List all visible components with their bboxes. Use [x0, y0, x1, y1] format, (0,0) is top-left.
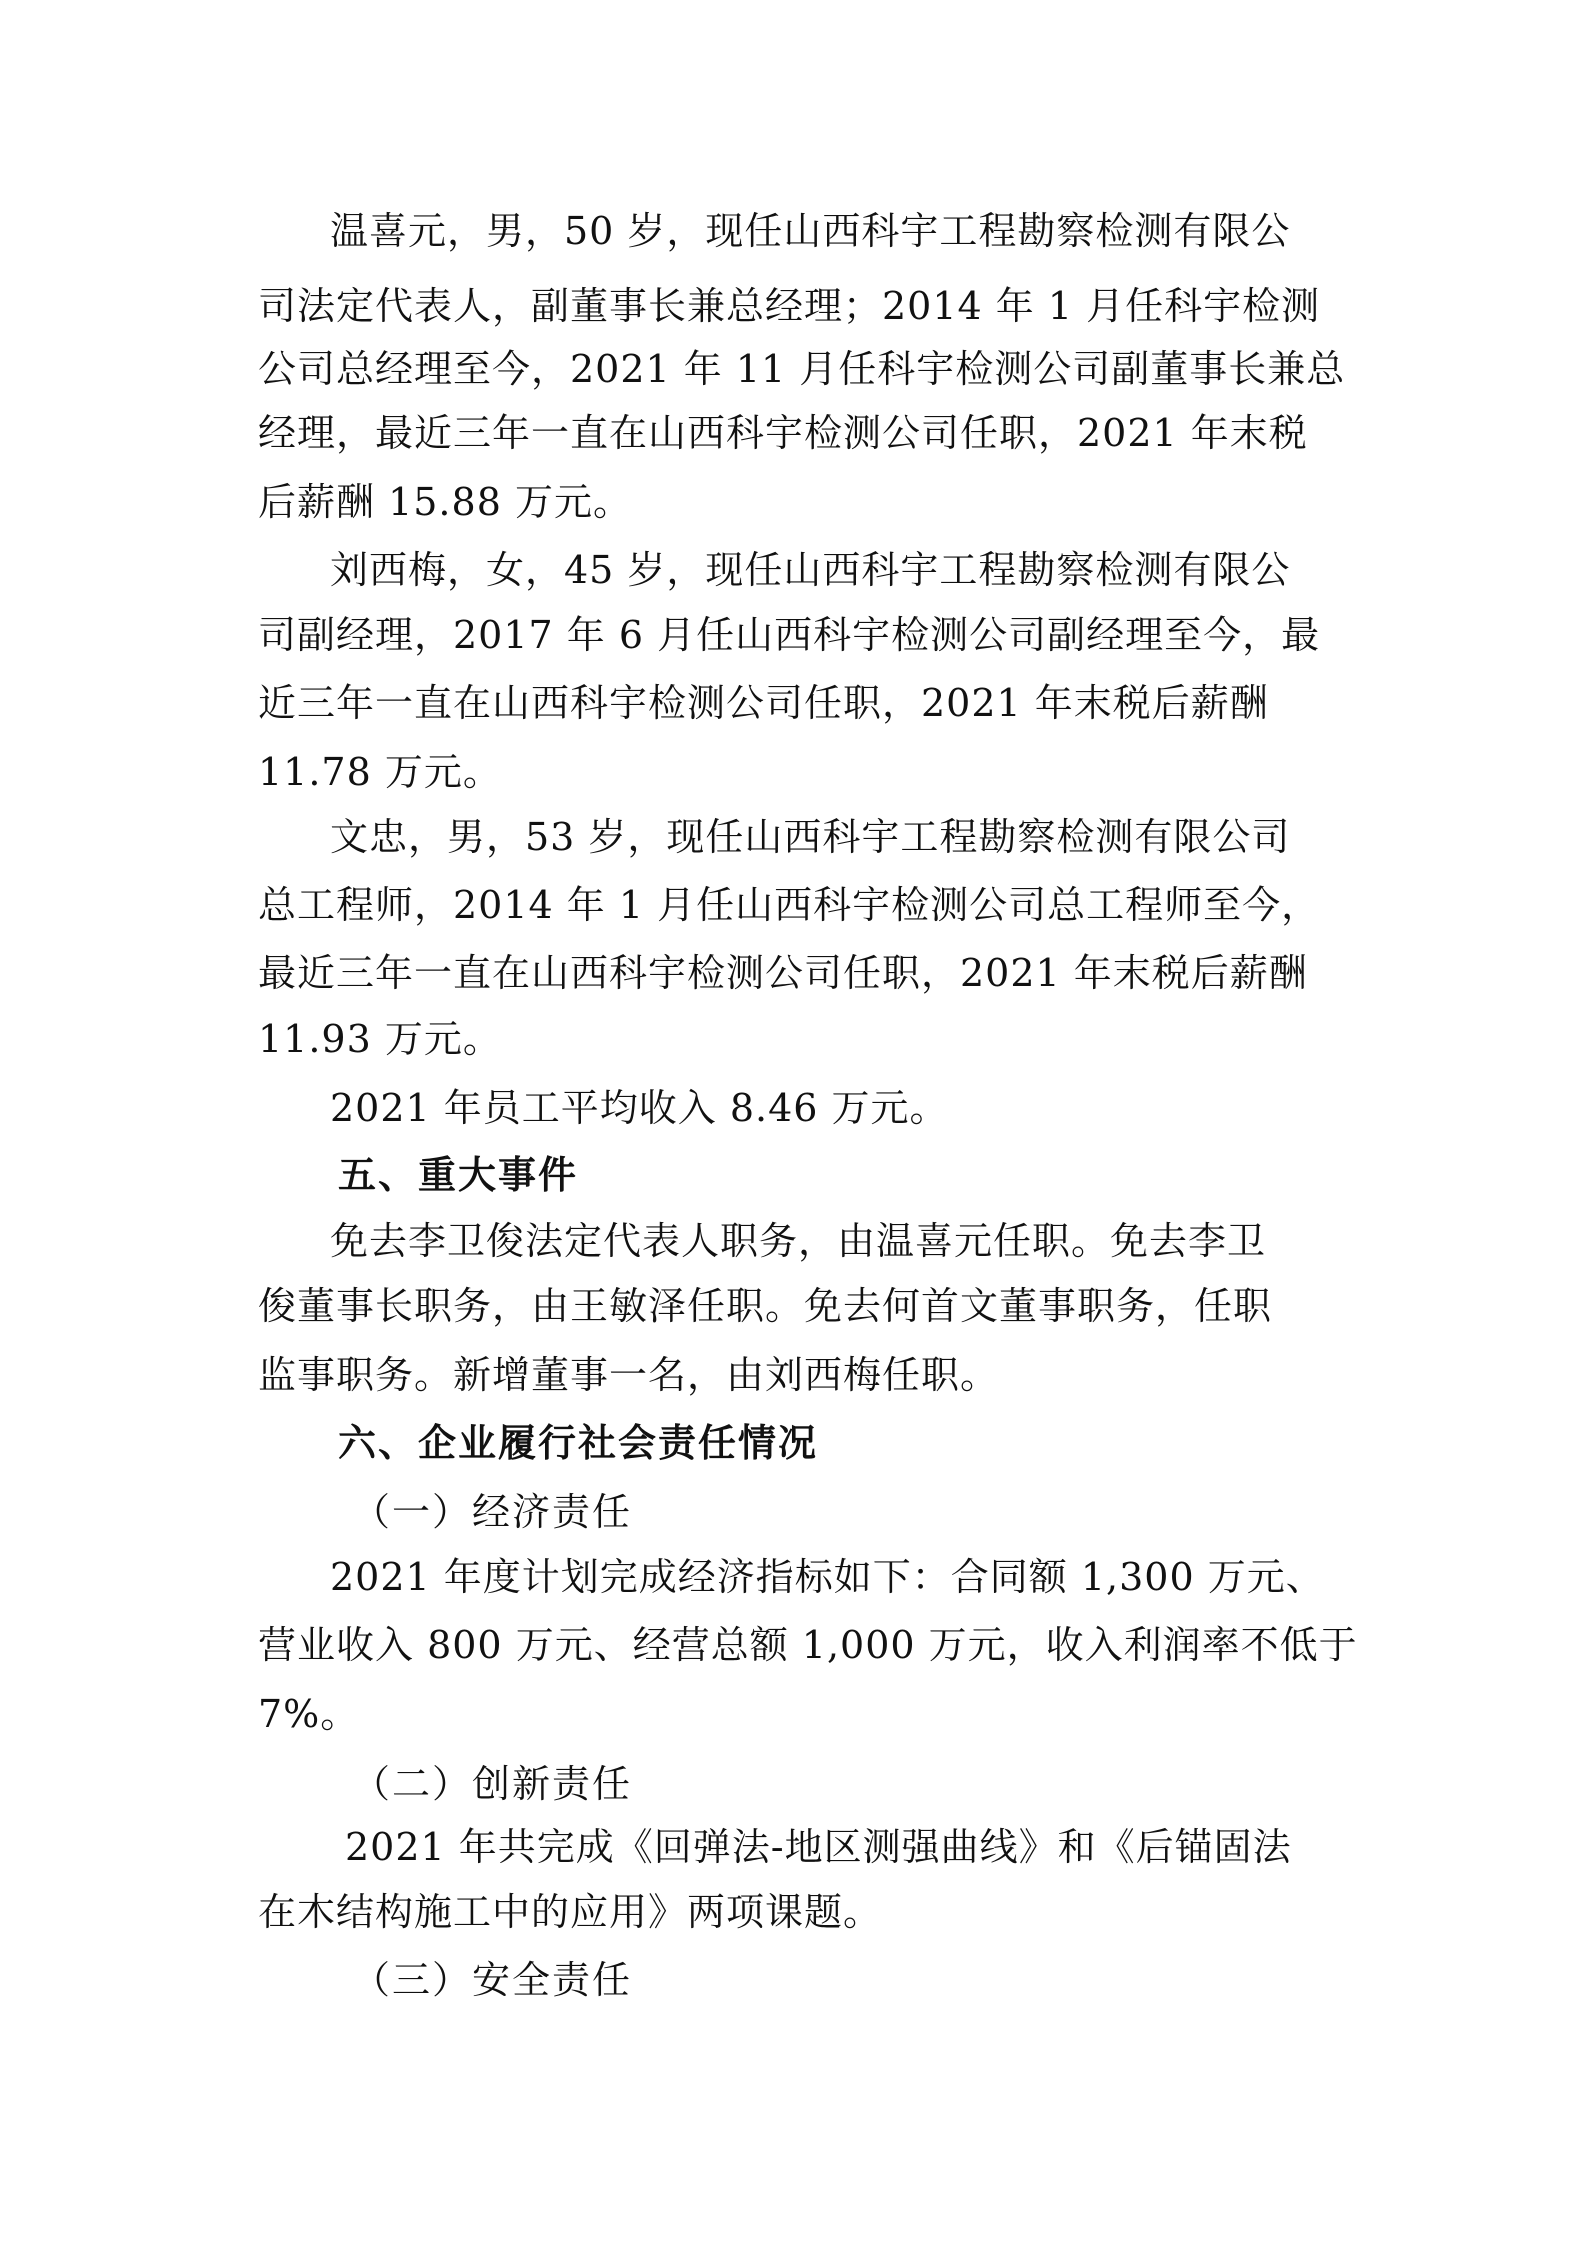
body-text-line: 近三年一直在山西科宇检测公司任职，2021 年末税后薪酬: [258, 673, 1252, 733]
body-text-line: 7%。: [258, 1684, 1252, 1744]
body-text-line: 免去李卫俊法定代表人职务，由温喜元任职。免去李卫: [330, 1211, 1252, 1271]
body-text-line: 2021 年共完成《回弹法-地区测强曲线》和《后锚固法: [345, 1817, 1252, 1877]
body-text-line: 总工程师，2014 年 1 月任山西科宇检测公司总工程师至今，: [258, 875, 1252, 935]
subsection-heading-safety: （三）安全责任: [352, 1950, 632, 2010]
body-text-line: 2021 年度计划完成经济指标如下：合同额 1,300 万元、: [330, 1547, 1252, 1607]
body-text-line: 司法定代表人，副董事长兼总经理；2014 年 1 月任科宇检测: [258, 276, 1252, 336]
body-text-line: 在木结构施工中的应用》两项课题。: [258, 1882, 1252, 1942]
body-text-line: 经理，最近三年一直在山西科宇检测公司任职，2021 年末税: [258, 403, 1252, 463]
body-text-line: 公司总经理至今，2021 年 11 月任科宇检测公司副董事长兼总: [258, 339, 1252, 399]
subsection-heading-economic: （一）经济责任: [352, 1482, 632, 1542]
body-text-line: 司副经理，2017 年 6 月任山西科宇检测公司副经理至今，最: [258, 605, 1252, 665]
body-text-line: 文忠，男，53 岁，现任山西科宇工程勘察检测有限公司: [330, 807, 1252, 867]
body-text-line: 后薪酬 15.88 万元。: [258, 472, 1252, 532]
body-text-line: 11.78 万元。: [258, 742, 1252, 802]
body-text-line: 刘西梅，女，45 岁，现任山西科宇工程勘察检测有限公: [330, 540, 1252, 600]
body-text-line: 最近三年一直在山西科宇检测公司任职，2021 年末税后薪酬: [258, 943, 1252, 1003]
document-page: 温喜元，男，50 岁，现任山西科宇工程勘察检测有限公 司法定代表人，副董事长兼总…: [0, 0, 1587, 2245]
section-heading-major-events: 五、重大事件: [338, 1145, 578, 1205]
body-text-line: 营业收入 800 万元、经营总额 1,000 万元，收入利润率不低于: [258, 1615, 1252, 1675]
subsection-heading-innovation: （二）创新责任: [352, 1754, 632, 1814]
body-text-line: 温喜元，男，50 岁，现任山西科宇工程勘察检测有限公: [330, 201, 1252, 261]
body-text-line: 俊董事长职务，由王敏泽任职。免去何首文董事职务，任职: [258, 1276, 1252, 1336]
body-text-line: 监事职务。新增董事一名，由刘西梅任职。: [258, 1345, 1252, 1405]
body-text-line: 11.93 万元。: [258, 1009, 1252, 1069]
section-heading-social-responsibility: 六、企业履行社会责任情况: [338, 1413, 818, 1473]
body-text-line: 2021 年员工平均收入 8.46 万元。: [330, 1078, 1252, 1138]
